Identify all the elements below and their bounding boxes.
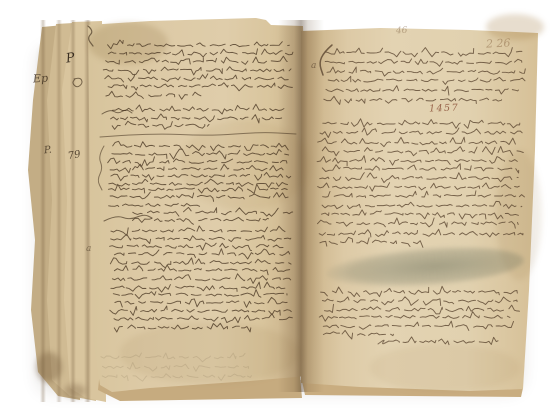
margin-mark-p2: P. xyxy=(43,146,52,157)
year-inscription: 1457 xyxy=(429,102,460,114)
worn-edge-spot xyxy=(36,352,62,382)
margin-mark-ep: Ep xyxy=(33,72,49,84)
margin-mark-a: a xyxy=(86,245,91,254)
aging-blotch xyxy=(486,14,544,40)
aging-blotch xyxy=(370,344,520,392)
gutter-shadow xyxy=(278,20,324,392)
folio-number: 2 26 xyxy=(486,37,511,49)
margin-mark-p: P xyxy=(65,51,75,65)
right-margin-a: a xyxy=(311,62,316,71)
aging-blotch xyxy=(120,322,300,384)
aging-blotch xyxy=(88,22,168,64)
manuscript-photo: PEpP.79a462 26a 1457 xyxy=(0,0,555,416)
worn-edge-spot xyxy=(64,384,86,398)
header-mark: 46 xyxy=(396,27,408,36)
